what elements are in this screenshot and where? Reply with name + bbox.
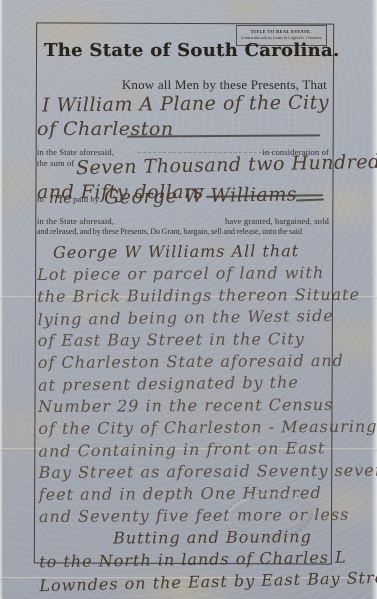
grantor-name-line: I William A Plane of the City	[42, 91, 329, 116]
deed-body-line: Bay Street as aforesaid Seventy seven,	[39, 461, 377, 482]
handwritten-me: me	[49, 189, 72, 207]
printed-grant-clause: and released, and by these Presents, Do …	[37, 227, 302, 236]
printed-sum-of: the sum of	[37, 158, 74, 168]
printed-granted: have granted, bargained, sold	[225, 216, 329, 226]
printed-to: to	[37, 194, 44, 204]
deed-body-line: at present designated by the	[38, 373, 299, 395]
deed-body-line: of Charleston State aforesaid and	[38, 351, 344, 372]
deed-document-page: TITLE TO REAL ESTATE. Printed and sold b…	[0, 0, 377, 599]
payer-name: George W Williams	[104, 183, 297, 208]
deed-body-line: Number 29 in the recent Census	[38, 395, 333, 416]
deed-body-line: George W Williams All that	[53, 241, 299, 262]
paper-left-edge	[0, 0, 3, 599]
deed-body-line: of the City of Charleston - Measuring	[38, 417, 377, 438]
printed-aforesaid-2: in the State aforesaid,	[37, 216, 114, 226]
document-title: The State of South Carolina.	[44, 40, 340, 61]
printed-paid-by: paid by	[73, 194, 99, 204]
deed-body-line: the Brick Buildings thereon Situate	[37, 285, 360, 306]
deed-body-line: Lot piece or parcel of land with	[37, 263, 324, 284]
opening-clause: Know all Men by these Presents, That	[122, 77, 327, 93]
deed-body-line: to the North in lands of Charles L	[39, 548, 347, 572]
deed-body-line: and Containing in front on East	[38, 438, 325, 461]
embossed-seal-inner-ring	[230, 495, 309, 537]
imprint-title: TITLE TO REAL ESTATE.	[251, 30, 312, 35]
deed-body-line: Lowndes on the East by East Bay Street,	[39, 567, 377, 595]
printed-aforesaid-1: in the State aforesaid,	[37, 147, 114, 157]
deed-body-line: of East Bay Street in the City	[38, 329, 305, 350]
paper-right-edge	[371, 0, 377, 599]
